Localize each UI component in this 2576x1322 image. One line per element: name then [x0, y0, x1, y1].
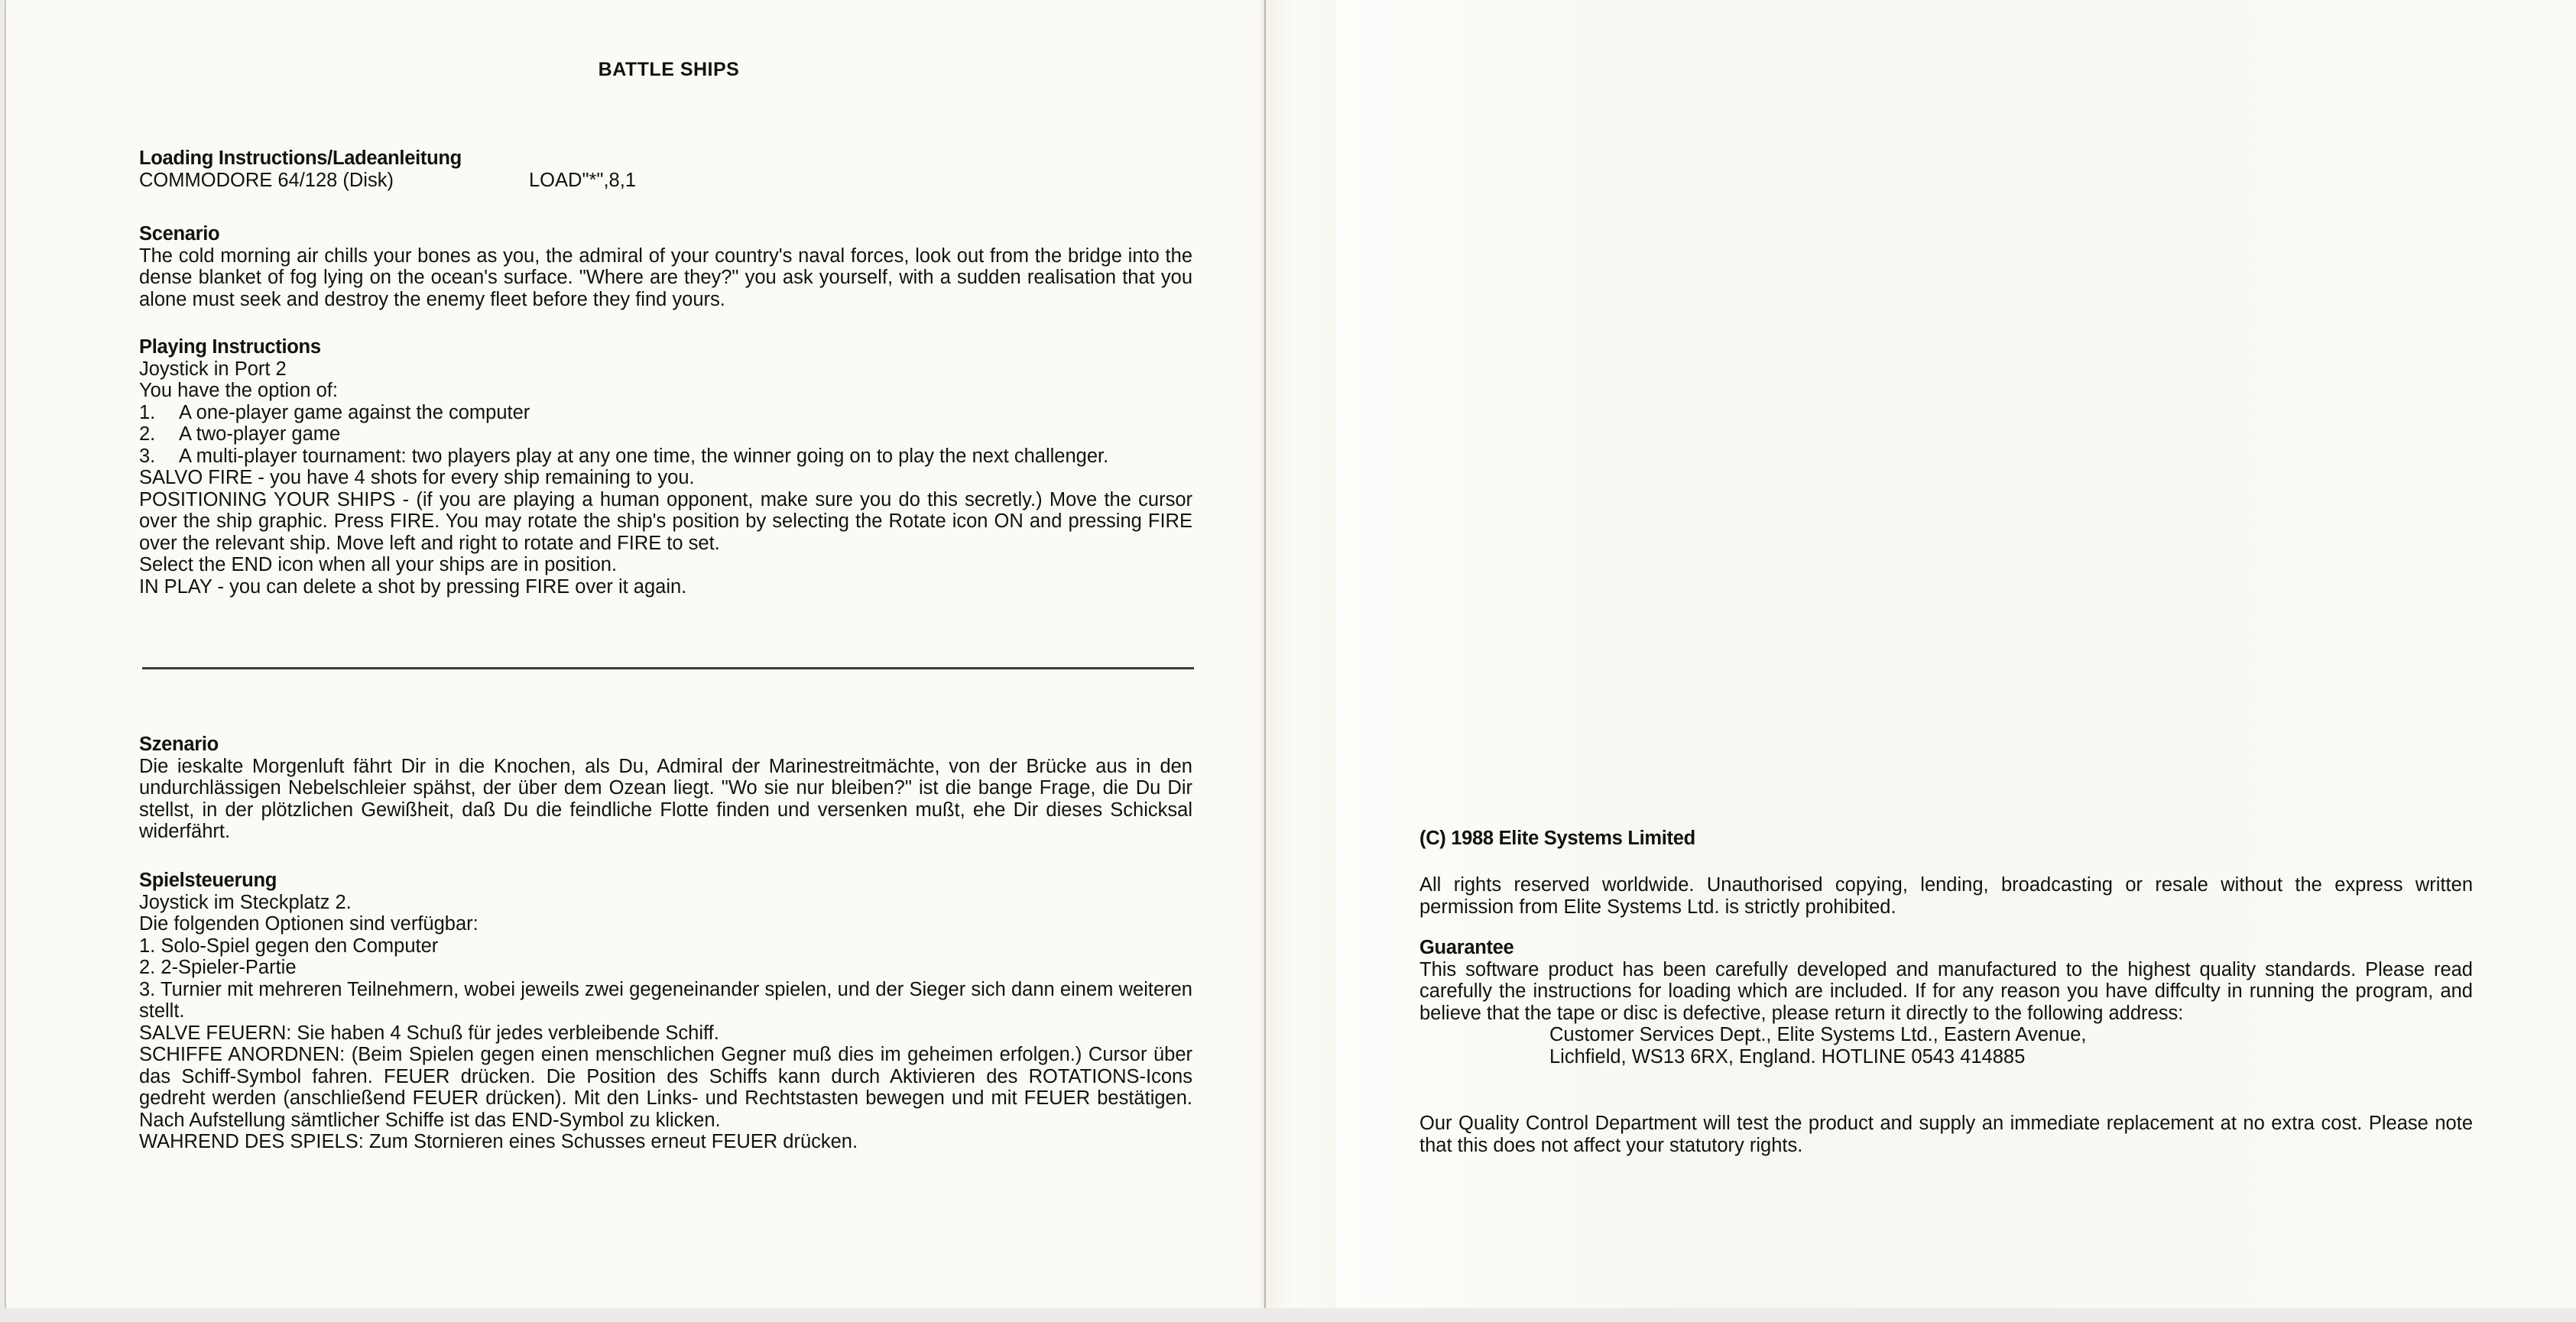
options-intro-de: Die folgenden Optionen sind verfügbar: [139, 913, 1192, 935]
positioning-text: POSITIONING YOUR SHIPS - (if you are pla… [139, 489, 1192, 555]
option-number: 1. [139, 402, 179, 424]
booklet-spine [1264, 0, 1338, 1308]
return-address: Customer Services Dept., Elite Systems L… [1419, 1024, 2473, 1068]
schiffe-anordnen-text: SCHIFFE ANORDNEN: (Beim Spielen gegen ei… [139, 1044, 1192, 1131]
option-item: 3.A multi-player tournament: two players… [139, 446, 1192, 468]
szenario-text: Die ieskalte Morgenluft fährt Dir in die… [139, 756, 1192, 843]
load-command: LOAD"*",8,1 [529, 170, 636, 192]
playing-heading: Playing Instructions [139, 336, 1192, 358]
option-item-de: 1. Solo-Spiel gegen den Computer [139, 935, 1192, 957]
spielsteuerung-heading: Spielsteuerung [139, 870, 1192, 892]
waehrend-des-spiels-text: WAHREND DES SPIELS: Zum Stornieren eines… [139, 1131, 1192, 1153]
scenario-heading: Scenario [139, 223, 1192, 245]
end-icon-text: Select the END icon when all your ships … [139, 554, 1192, 576]
joystick-line: Joystick in Port 2 [139, 358, 1192, 381]
guarantee-heading: Guarantee [1419, 937, 2473, 959]
machine-name: COMMODORE 64/128 (Disk) [139, 170, 529, 192]
option-number: 2. [139, 423, 179, 446]
playing-instructions-section: Playing Instructions Joystick in Port 2 … [139, 336, 1192, 598]
quality-section: Our Quality Control Department will test… [1419, 1113, 2473, 1156]
loading-heading: Loading Instructions/Ladeanleitung [139, 147, 1192, 170]
copyright-heading: (C) 1988 Elite Systems Limited [1419, 828, 2473, 850]
quality-text: Our Quality Control Department will test… [1419, 1113, 2473, 1156]
guarantee-section: Guarantee This software product has been… [1419, 937, 2473, 1068]
salve-feuern-text: SALVE FEUERN: Sie haben 4 Schuß für jede… [139, 1022, 1192, 1045]
loading-instructions-section: Loading Instructions/Ladeanleitung COMMO… [139, 147, 1192, 191]
option-text: A two-player game [179, 423, 340, 445]
in-play-text: IN PLAY - you can delete a shot by press… [139, 576, 1192, 598]
scenario-section: Scenario The cold morning air chills you… [139, 223, 1192, 310]
option-item: 2.A two-player game [139, 423, 1192, 446]
rights-section: All rights reserved worldwide. Unauthori… [1419, 874, 2473, 918]
address-line-1: Customer Services Dept., Elite Systems L… [1419, 1024, 2473, 1046]
option-number: 3. [139, 446, 179, 468]
address-line-2: Lichfield, WS13 6RX, England. HOTLINE 05… [1419, 1046, 2473, 1068]
joystick-line-de: Joystick im Steckplatz 2. [139, 892, 1192, 914]
option-text: A one-player game against the computer [179, 402, 530, 423]
option-item: 1.A one-player game against the computer [139, 402, 1192, 424]
copyright-section: (C) 1988 Elite Systems Limited [1419, 828, 2473, 850]
szenario-heading: Szenario [139, 734, 1192, 756]
option-item-de: 3. Turnier mit mehreren Teilnehmern, wob… [139, 979, 1192, 1022]
loading-row: COMMODORE 64/128 (Disk)LOAD"*",8,1 [139, 170, 1192, 192]
document-title: BATTLE SHIPS [0, 59, 1338, 81]
scenario-text: The cold morning air chills your bones a… [139, 245, 1192, 311]
option-text: A multi-player tournament: two players p… [179, 446, 1108, 467]
szenario-section: Szenario Die ieskalte Morgenluft fährt D… [139, 734, 1192, 843]
options-intro: You have the option of: [139, 380, 1192, 402]
spielsteuerung-section: Spielsteuerung Joystick im Steckplatz 2.… [139, 870, 1192, 1153]
option-item-de: 2. 2-Spieler-Partie [139, 957, 1192, 979]
section-divider [142, 667, 1194, 669]
rights-text: All rights reserved worldwide. Unauthori… [1419, 874, 2473, 918]
guarantee-text: This software product has been carefully… [1419, 959, 2473, 1025]
salvo-fire-text: SALVO FIRE - you have 4 shots for every … [139, 467, 1192, 489]
